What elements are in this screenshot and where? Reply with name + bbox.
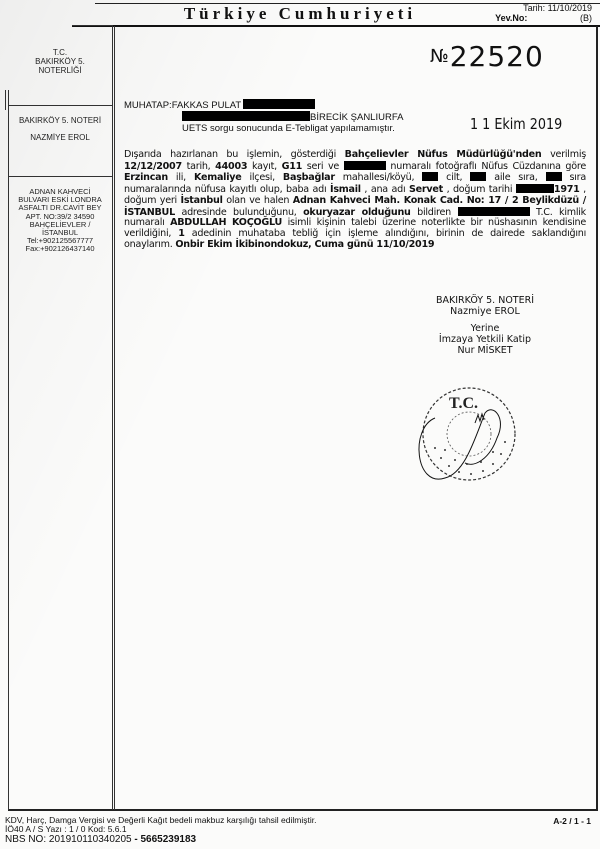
- frame-right-border: [596, 26, 598, 810]
- footer: KDV, Harç, Damga Vergisi ve Değerli Kağı…: [5, 816, 316, 845]
- office-line: BAKIRKÖY 5.: [12, 57, 108, 66]
- sidebar-top: [72, 25, 113, 26]
- sidebar-divider: [8, 105, 113, 106]
- notary-block: BAKIRKÖY 5. NOTERİ NAZMİYE EROL: [12, 116, 108, 150]
- frame-bottom-border: [8, 809, 598, 811]
- recipient-city: BİRECİK ŞANLIURFA: [310, 112, 403, 123]
- redaction: [422, 172, 438, 181]
- page-reference: A-2 / 1 - 1: [553, 816, 591, 826]
- nbs-number: NBS NO: 201910110340205 - 5665239183: [5, 834, 316, 845]
- notary-seal-icon: T.C.: [405, 378, 525, 498]
- redaction: [546, 172, 562, 181]
- date-value: 11/10/2019: [548, 3, 592, 13]
- document-number-value: 22520: [450, 40, 544, 73]
- redaction: [243, 99, 315, 109]
- date-label: Tarih:: [523, 3, 545, 13]
- redaction: [516, 184, 554, 193]
- certification-text: Dışarıda hazırlanan bu işlemin, gösterdi…: [124, 150, 586, 250]
- signature-notary: Nazmiye EROL: [400, 306, 570, 317]
- document-number: №22520: [430, 40, 544, 73]
- sidebar-divider: [8, 176, 113, 177]
- recipient-name: FAKKAS PULAT: [172, 100, 242, 111]
- frame-left-tick: [5, 90, 6, 110]
- office-line: NOTERLİĞİ: [12, 66, 108, 75]
- form-code: İÖ40 A / S Yazı : 1 / 0 Kod: 5.6.1: [5, 825, 316, 834]
- number-sign: №: [430, 46, 450, 67]
- office-line: T.C.: [12, 48, 108, 57]
- signature-clerk: Nur MİSKET: [400, 345, 570, 356]
- redaction: [182, 111, 310, 121]
- office-address: ADNAN KAHVECİ BULVARI ESKİ LONDRA ASFALT…: [10, 188, 110, 254]
- yev-label: Yev.No:: [495, 13, 527, 23]
- fax: Fax:+902126437140: [10, 245, 110, 253]
- notary-name: NAZMİYE EROL: [12, 133, 108, 142]
- document-header-title: Türkiye Cumhuriyeti: [150, 4, 450, 24]
- column-divider: [112, 26, 115, 810]
- date-stamp: 1 1 Ekim 2019: [470, 115, 562, 133]
- notary-title: BAKIRKÖY 5. NOTERİ: [12, 116, 108, 125]
- frame-left-border: [8, 90, 9, 810]
- yev-value: (B): [580, 13, 592, 23]
- recipient-block: MUHATAP:FAKKAS PULAT BİRECİK ŞANLIURFA U…: [124, 99, 403, 134]
- signature-on-behalf: Yerine: [400, 323, 570, 334]
- header-meta: Tarih: 11/10/2019 Yev.No:(B): [495, 3, 592, 23]
- uets-note: UETS sorgu sonucunda E-Tebligat yapılama…: [124, 123, 403, 134]
- svg-text:T.C.: T.C.: [449, 395, 478, 412]
- redaction: [344, 161, 386, 170]
- office-heading: T.C. BAKIRKÖY 5. NOTERLİĞİ: [12, 48, 108, 75]
- redaction: [470, 172, 486, 181]
- recipient-label: MUHATAP:: [124, 100, 172, 111]
- signature-block: BAKIRKÖY 5. NOTERİ Nazmiye EROL Yerine İ…: [400, 295, 570, 356]
- signature-role: İmzaya Yetkili Katip: [400, 334, 570, 345]
- signature-office: BAKIRKÖY 5. NOTERİ: [400, 295, 570, 306]
- redaction: [458, 207, 530, 216]
- frame-top-border: [72, 25, 600, 27]
